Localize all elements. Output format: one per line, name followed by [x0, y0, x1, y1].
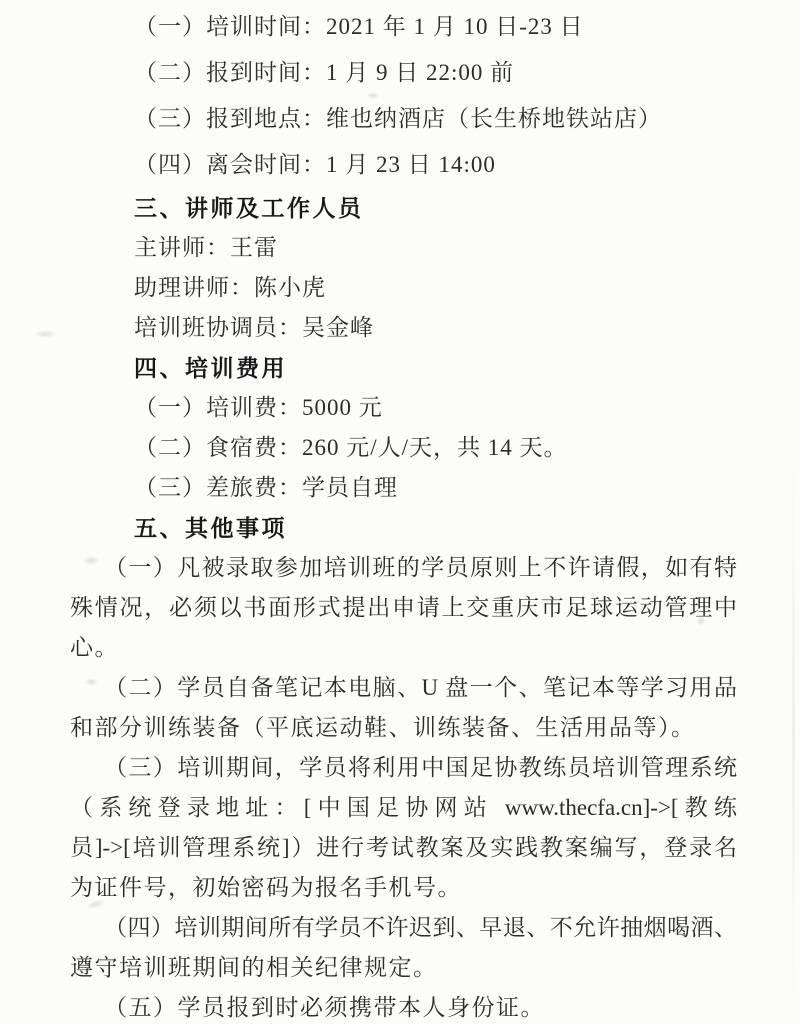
- item-departure-time: （四）离会时间：1 月 23 日 14:00: [70, 142, 737, 188]
- para2-line1: （二）学员自备笔记本电脑、U 盘一个、笔记本等学习用品: [70, 668, 737, 708]
- para3-line3: 员]->[培训管理系统]）进行考试教案及实践教案编写，登录名: [70, 828, 737, 868]
- item-training-fee: （一）培训费：5000 元: [70, 388, 737, 428]
- item-travel-fee: （三）差旅费：学员自理: [70, 468, 737, 508]
- heading-other-matters: 五、其他事项: [70, 508, 737, 548]
- item-checkin-location: （三）报到地点：维也纳酒店（长生桥地铁站店）: [70, 96, 737, 142]
- item-checkin-time: （二）报到时间：1 月 9 日 22:00 前: [70, 50, 737, 96]
- item-assistant-instructor: 助理讲师：陈小虎: [70, 268, 737, 308]
- para1-line1: （一）凡被录取参加培训班的学员原则上不许请假，如有特: [70, 548, 737, 588]
- para5-line1: （五）学员报到时必须携带本人身份证。: [70, 988, 737, 1024]
- item-chief-instructor: 主讲师：王雷: [70, 228, 737, 268]
- scan-edge-shadow: [792, 440, 795, 1024]
- para2-line2: 和部分训练装备（平底运动鞋、训练装备、生活用品等）。: [70, 708, 737, 748]
- item-coordinator: 培训班协调员：吴金峰: [70, 308, 737, 348]
- para3-line4: 为证件号，初始密码为报名手机号。: [70, 868, 737, 908]
- para3-line1: （三）培训期间，学员将利用中国足协教练员培训管理系统: [70, 748, 737, 788]
- heading-instructors: 三、讲师及工作人员: [70, 188, 737, 228]
- item-board-fee: （二）食宿费：260 元/人/天，共 14 天。: [70, 428, 737, 468]
- scan-artifact: [34, 330, 56, 338]
- heading-fees: 四、培训费用: [70, 348, 737, 388]
- document-page: （一）培训时间：2021 年 1 月 10 日-23 日（二）报到时间：1 月 …: [0, 0, 800, 1024]
- para4-line2: 遵守培训班期间的相关纪律规定。: [70, 948, 737, 988]
- item-training-time: （一）培训时间：2021 年 1 月 10 日-23 日: [70, 4, 737, 50]
- para3-line2: （系统登录地址：[中国足协网站 www.thecfa.cn]->[教练: [70, 788, 737, 828]
- document-text-block: （一）培训时间：2021 年 1 月 10 日-23 日（二）报到时间：1 月 …: [70, 4, 737, 1024]
- para4-line1: （四）培训期间所有学员不许迟到、早退、不允许抽烟喝酒、: [70, 908, 737, 948]
- para1-line2: 殊情况，必须以书面形式提出申请上交重庆市足球运动管理中: [70, 588, 737, 628]
- para1-line3: 心。: [70, 628, 737, 668]
